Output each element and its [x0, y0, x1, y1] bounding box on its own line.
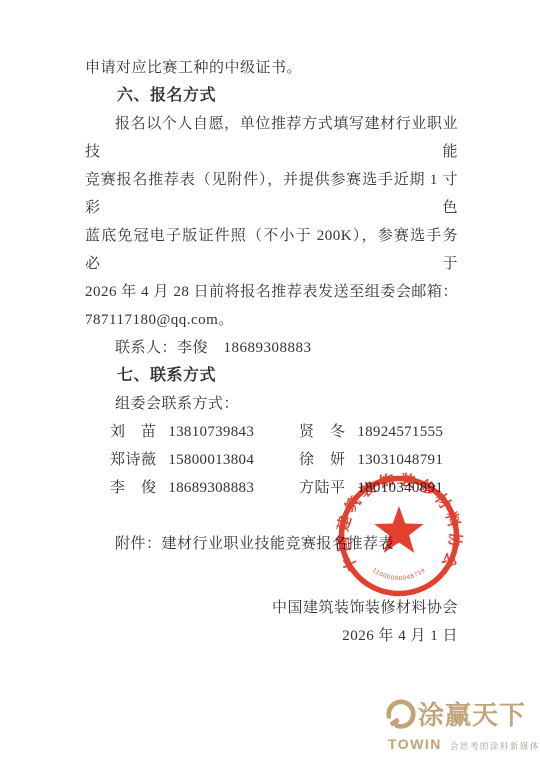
contact-name: 郑诗薇	[110, 446, 160, 474]
contact-phone: 18924571555	[357, 418, 458, 446]
contact-phone: 13031048791	[357, 446, 458, 474]
brand-wordmark: TOWIN	[388, 736, 442, 752]
committee-contact-intro: 组委会联系方式：	[85, 390, 458, 418]
contact-name: 刘 苗	[110, 418, 160, 446]
signup-paragraph-line: 2026 年 4 月 28 日前将报名推荐表发送至组委会邮箱：	[85, 278, 458, 306]
section-contact-heading: 七、联系方式	[85, 362, 458, 390]
contact-phone: 15800013804	[168, 446, 269, 474]
paint-brush-ring-icon	[384, 697, 418, 735]
contact-phone: 18689308883	[168, 474, 269, 502]
brand-name: 涂赢天下	[418, 698, 526, 734]
contact-name: 李 俊	[110, 474, 160, 502]
brand-watermark: 涂赢天下 TOWIN 会思考的涂料新媒体	[384, 697, 534, 752]
brand-slogan: 会思考的涂料新媒体	[450, 740, 540, 752]
section-signup-heading: 六、报名方式	[85, 82, 458, 110]
contact-name: 贤 冬	[299, 418, 349, 446]
document-page: 申请对应比赛工种的中级证书。 六、报名方式 报名以个人自愿，单位推荐方式填写建材…	[0, 0, 540, 763]
contact-phone: 13810739843	[168, 418, 269, 446]
contact-row: 郑诗薇 15800013804 徐 妍 13031048791	[85, 446, 458, 474]
signature-date: 2026 年 4 月 1 日	[85, 622, 458, 650]
signup-paragraph-line: 报名以个人自愿，单位推荐方式填写建材行业职业技能	[85, 110, 458, 166]
attachment-line: 附件：建材行业职业技能竞赛报名推荐表	[85, 530, 458, 558]
contact-phone: 18010340891	[357, 474, 458, 502]
contact-name: 方陆平	[299, 474, 349, 502]
contact-person-line: 联系人：李俊 18689308883	[85, 334, 458, 362]
signup-paragraph-line: 蓝底免冠电子版证件照（不小于 200K），参赛选手务必于	[85, 222, 458, 278]
brand-row: TOWIN 会思考的涂料新媒体	[388, 736, 534, 752]
intro-line: 申请对应比赛工种的中级证书。	[85, 54, 458, 82]
contact-name: 徐 妍	[299, 446, 349, 474]
signup-paragraph-line: 竞赛报名推荐表（见附件），并提供参赛选手近期 1 寸彩色	[85, 166, 458, 222]
document-content: 申请对应比赛工种的中级证书。 六、报名方式 报名以个人自愿，单位推荐方式填写建材…	[0, 0, 540, 650]
brand-row: 涂赢天下	[384, 697, 534, 735]
signature-org: 中国建筑装饰装修材料协会	[85, 594, 458, 622]
email-line: 787117180@qq.com。	[85, 306, 458, 334]
contact-row: 李 俊 18689308883 方陆平 18010340891	[85, 474, 458, 502]
contact-row: 刘 苗 13810739843 贤 冬 18924571555	[85, 418, 458, 446]
